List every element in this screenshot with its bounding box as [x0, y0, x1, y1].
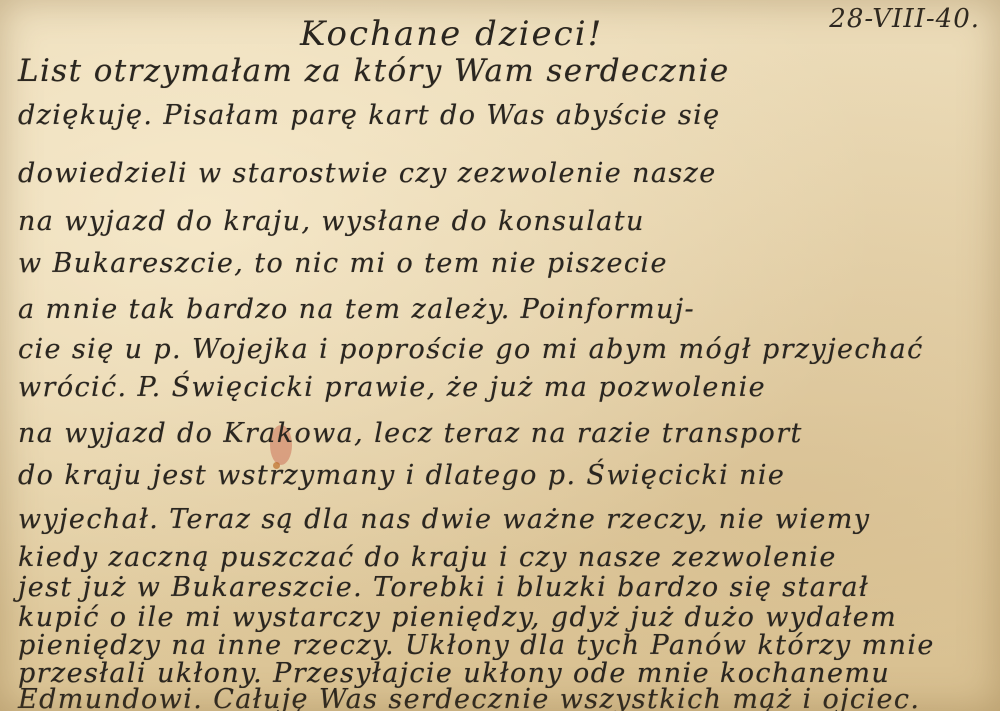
salutation: Kochane dzieci! [300, 14, 603, 54]
letter-line-3: dowiedzieli w starostwie czy zezwolenie … [18, 160, 988, 187]
letter-line-14: kupić o ile mi wystarczy pieniędzy, gdyż… [18, 604, 988, 631]
letter-line-9: na wyjazd do Krakowa, lecz teraz na razi… [18, 420, 988, 447]
letter-line-8: wrócić. P. Święcicki prawie, że już ma p… [18, 374, 988, 401]
letter-line-2: dziękuję. Pisałam parę kart do Was abyśc… [18, 102, 988, 129]
letter-page: Kochane dzieci! 28-VIII-40. List otrzyma… [0, 0, 1000, 711]
letter-line-10: do kraju jest wstrzymany i dlatego p. Św… [18, 462, 988, 489]
letter-line-4: na wyjazd do kraju, wysłane do konsulatu [18, 208, 988, 235]
letter-line-6: a mnie tak bardzo na tem zależy. Poinfor… [18, 296, 988, 323]
letter-line-15: pieniędzy na inne rzeczy. Ukłony dla tyc… [18, 632, 988, 659]
letter-date: 28-VIII-40. [829, 4, 980, 34]
letter-line-1: List otrzymałam za który Wam serdecznie [18, 56, 988, 87]
letter-line-13: jest już w Bukareszcie. Torebki i bluzki… [18, 574, 988, 601]
letter-line-11: wyjechał. Teraz są dla nas dwie ważne rz… [18, 506, 988, 533]
letter-line-12: kiedy zaczną puszczać do kraju i czy nas… [18, 544, 988, 571]
letter-line-17: Edmundowi. Całuję Was serdecznie wszystk… [18, 686, 988, 711]
letter-line-7: cie się u p. Wojejka i poproście go mi a… [18, 336, 988, 363]
letter-line-16: przesłali ukłony. Przesyłajcie ukłony od… [18, 660, 988, 687]
letter-line-5: w Bukareszcie, to nic mi o tem nie pisze… [18, 250, 988, 277]
